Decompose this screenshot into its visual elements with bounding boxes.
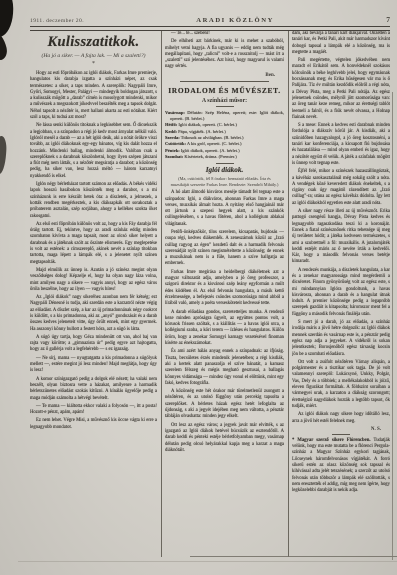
schedule-entry: Iglói diákok, operett. (C. bérlet.) (178, 122, 236, 127)
schedule-day: Szombat: (165, 154, 183, 159)
schedule-entry: Iglói diákok, operett. (A. bérlet.) (181, 148, 240, 153)
newspaper-page: 1911. deczember 20. ARADI KÖZLÖNY 7 Kuli… (0, 0, 397, 575)
paragraph: A darab előadása gondos, szeretetteljes … (165, 310, 284, 348)
schedule-item: Hétfő: Iglói diákok, operett. (C. bérlet… (165, 122, 284, 128)
scan-artifact-blob (0, 0, 16, 38)
masthead-page-number: 7 (386, 15, 390, 24)
review-note: (Ma, csütörtök, fél 8 órakor: bemutató e… (170, 176, 279, 187)
paragraph: A hó alatt álmodó kisváros meséje támadt… (165, 190, 284, 228)
paragraph: Farkas Imre megírása a heidelbergi diáké… (165, 270, 284, 308)
paragraph: dám, aki bevárja a tanári kart diákjaiva… (292, 31, 390, 56)
review-body: A hó alatt álmodó kisváros meséje támadt… (165, 190, 284, 454)
dialogue-paragraph: — Ne sírj, mama — nyugtatgatta a kis pri… (30, 356, 157, 375)
paragraph: Az iglói diákok nagy sikere hogy időtáll… (292, 412, 390, 425)
dialogue-paragraph: — Te mama — kiáltotta ekkor valaki a fol… (30, 404, 157, 417)
paragraph: Ne lássa senki különös titoknak a legkis… (30, 123, 157, 180)
mini-rule (216, 163, 234, 164)
paragraph: Ott lesz az egész város; a jegyek javát … (165, 423, 284, 454)
paragraph: Éjfél felé, mikor a színészek hazaszálli… (292, 169, 390, 207)
paragraph: Hogy az esti főpróbákon az iglói diákok,… (30, 71, 157, 121)
schedule-entry: Titkosok az alvilágban. (B. bérlet.) (181, 135, 244, 140)
paragraph: A komor színigazgató pedig a dolgok elé … (30, 377, 157, 402)
middle-column: — Te... te... szebeni! De elhiheti azt b… (165, 31, 284, 557)
column-rule (288, 31, 289, 557)
schedule-entry: Délután: Szép Heléna, operett; este: Igl… (170, 110, 284, 121)
masthead: 1911. deczember 20. ARADI KÖZLÖNY 7 (30, 15, 390, 24)
left-column: Kulisszatitkok. (Ha jó a siker. — A fajt… (30, 31, 157, 557)
news-brief: * Magyar szerző sikere Flórencben. Tudat… (292, 438, 390, 495)
news-brief-text: Tudatják velünk, hogy ma este mutatta be… (292, 438, 390, 493)
schedule-item: Szerda: Titkosok az alvilágban. (B. bérl… (165, 135, 284, 141)
mini-rule (332, 434, 350, 435)
schedule-day: Szerda: (165, 135, 180, 140)
schedule-item: Péntek: Iglói diákok, operett. (A. bérle… (165, 148, 284, 154)
bottom-rule (190, 556, 397, 557)
paragraph: Majd elmúlik az ünnep is. Azután a jó sz… (30, 268, 157, 293)
paragraph: A siker nagy része illeti az új művésznő… (292, 209, 390, 266)
paragraph: S mert jó a darab, jó az előadás, a szín… (292, 320, 390, 358)
article-body: Hogy az esti főpróbákon az iglói diákok,… (30, 71, 157, 431)
news-brief-paragraph: * Magyar szerző sikere Flórencben. Tudat… (292, 438, 390, 495)
article-title: Kulisszatitkok. (30, 34, 157, 51)
masthead-double-rule (30, 26, 390, 31)
column-rule (161, 31, 162, 557)
schedule-item: Kedd: Pápa, vígjáték. (A. bérlet.) (165, 129, 284, 135)
dialogue-paragraph: — Te... te... szebeni! (165, 31, 284, 37)
paragraph: Petőfi-önképzőkör, tilos szerelem, kicsa… (165, 230, 284, 268)
author-signature: Ben. (165, 73, 284, 78)
article-subtitle: (Ha jó a siker. — A fajta lak. — Mi a sz… (38, 53, 149, 60)
schedule-entry: A kis gróf, operett. (C. bérlet.) (187, 141, 242, 146)
schedule-day: Kedd: (165, 129, 177, 134)
scan-artifact-blob (0, 32, 9, 61)
news-brief-lead: * Magyar szerző sikere Flórencben. (292, 438, 371, 443)
scan-artifact-blob (0, 136, 7, 175)
paragraph: Ez nem lehet. Végre Misi, a művésznő kis… (30, 418, 157, 431)
mini-rule (216, 106, 234, 107)
subsection-heading: A színházi műsor: (165, 98, 284, 104)
masthead-title: ARADI KÖZLÖNY (196, 17, 274, 24)
bottom-scan-shadow (18, 561, 397, 562)
section-heading: IRODALOM ÉS MŰVÉSZET. (165, 86, 284, 95)
paragraph: De elhiheti azt bárkinek, már ki is mehe… (165, 39, 284, 70)
masthead-date: 1911. deczember 20. (30, 18, 84, 24)
paragraph: Pali megértette, végtelen jókedvében nem… (292, 58, 390, 121)
review-heading: Iglói diákok. (165, 166, 284, 174)
reviewer-signature: N. S. (292, 427, 390, 432)
schedule-day: Csütörtök: (165, 141, 186, 146)
star-separator: * (30, 61, 157, 68)
schedule-day: Hétfő: (165, 122, 177, 127)
paragraph: Az első esti főpróbán különös volt az, h… (30, 222, 157, 266)
review-continuation: dám, aki bevárja a tanári kart diákjaiva… (292, 31, 390, 425)
schedule-entry: Kísértetek, dráma. (Premier.) (184, 154, 236, 159)
paragraph: Iglón négy bérletházat tartott számon az… (30, 182, 157, 220)
schedule-item: Csütörtök: A kis gróf, operett. (C. bérl… (165, 141, 284, 147)
paragraph: Ott volt a zsúfolt nézőtéren Várnay alis… (292, 360, 390, 410)
paragraph: És ami azért hálás anyag ennek a színpad… (165, 349, 284, 387)
paragraph: S a mese: Ennek a kedves esti darabnak m… (292, 123, 390, 167)
article-continuation: — Te... te... szebeni! De elhiheti azt b… (165, 31, 284, 71)
schedule-day: Vasárnap: (165, 110, 185, 115)
schedule-item: Vasárnap: Délután: Szép Heléna, operett;… (165, 110, 284, 122)
schedule-list: Vasárnap: Délután: Szép Heléna, operett;… (165, 110, 284, 160)
page-edge-line (392, 92, 393, 560)
schedule-entry: Pápa, vígjáték. (A. bérlet.) (178, 129, 226, 134)
paragraph: Az „Iglói diákok” nagy sikeréhez azonban… (30, 295, 157, 333)
schedule-day: Péntek: (165, 148, 180, 153)
columns: Kulisszatitkok. (Ha jó a siker. — A fajt… (30, 31, 390, 557)
paragraph: A súgó úgy tartja, hogy Géza mindenütt o… (30, 335, 157, 354)
paragraph: A közönség este hét órakor már türelmetl… (165, 389, 284, 420)
paragraph: A rendezés munkája, a díszletek hangulat… (292, 268, 390, 318)
section-separator-rule (180, 81, 268, 82)
right-column: dám, aki bevárja a tanári kart diákjaiva… (292, 31, 390, 557)
schedule-item: Szombat: Kísértetek, dráma. (Premier.) (165, 154, 284, 160)
